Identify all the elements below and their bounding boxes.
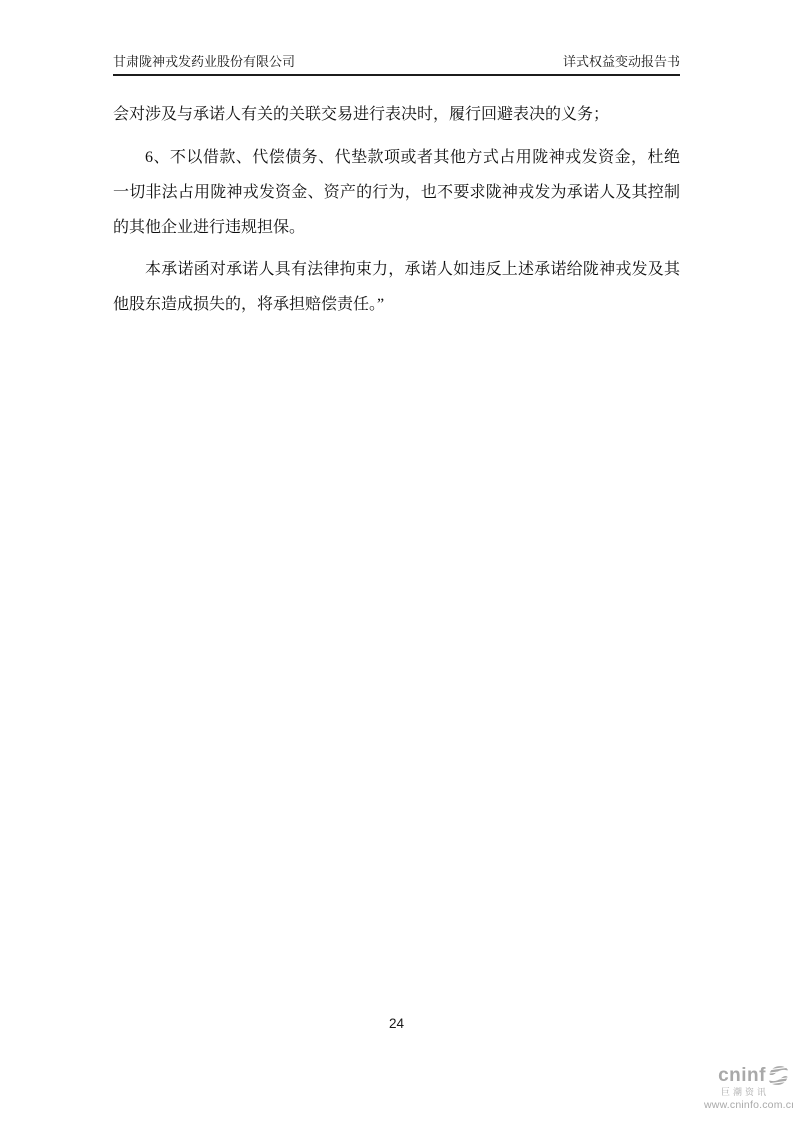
header-report-title: 详式权益变动报告书 [563, 54, 680, 70]
page-header: 甘肃陇神戎发药业股份有限公司 详式权益变动报告书 [113, 54, 680, 76]
document-body: 会对涉及与承诺人有关的关联交易进行表决时，履行回避表决的义务； 6、不以借款、代… [113, 97, 680, 322]
paragraph-closing: 本承诺函对承诺人具有法律拘束力，承诺人如违反上述承诺给陇神戎发及其他股东造成损失… [113, 252, 680, 322]
cninfo-url: www.cninfo.com.cn [704, 1099, 790, 1111]
paragraph-continuation: 会对涉及与承诺人有关的关联交易进行表决时，履行回避表决的义务； [113, 97, 680, 132]
cninfo-swirl-globe-icon [767, 1064, 790, 1087]
paragraph-item-6: 6、不以借款、代偿债务、代垫款项或者其他方式占用陇神戎发资金，杜绝一切非法占用陇… [113, 140, 680, 245]
cninfo-brand-row: cninf [704, 1064, 790, 1087]
cninfo-brand-text: cninf [718, 1066, 766, 1086]
page-number: 24 [0, 1016, 793, 1031]
cninfo-subtitle: 巨潮资讯 [704, 1087, 769, 1098]
header-company-name: 甘肃陇神戎发药业股份有限公司 [113, 54, 295, 70]
document-page: 甘肃陇神戎发药业股份有限公司 详式权益变动报告书 会对涉及与承诺人有关的关联交易… [0, 0, 793, 1122]
cninfo-watermark: cninf 巨潮资讯 www.cninfo.com.cn [704, 1064, 790, 1111]
